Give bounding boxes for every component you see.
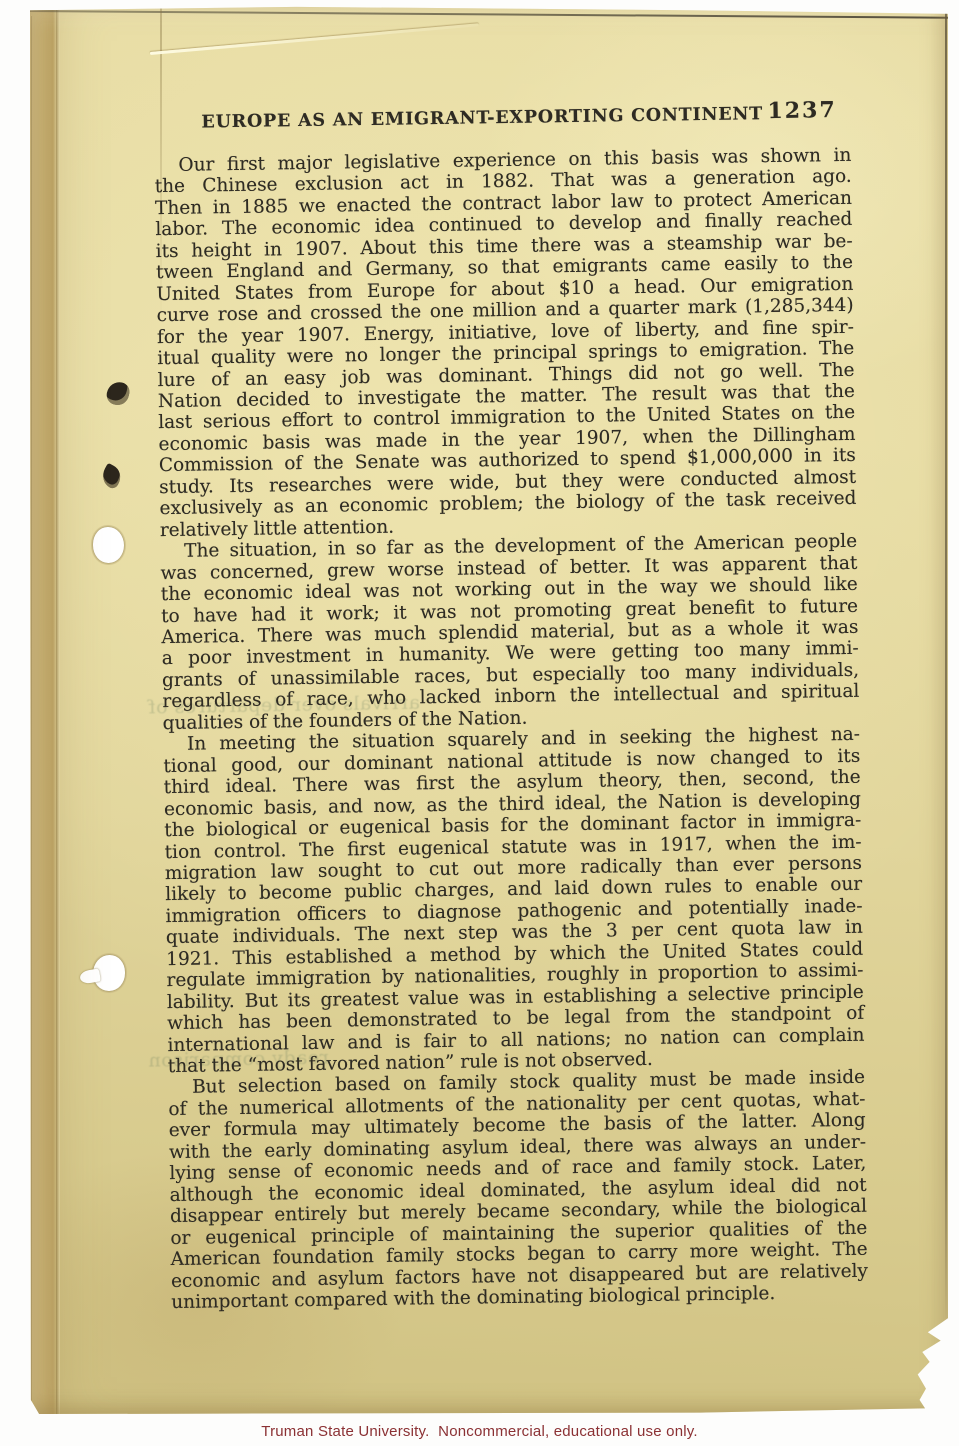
page-right-edge bbox=[945, 13, 948, 1319]
page-left-edge bbox=[31, 16, 33, 1402]
page-header: EUROPE AS AN EMIGRANT-EXPORTING CONTINEN… bbox=[154, 99, 851, 139]
punch-hole-bottom bbox=[93, 955, 125, 991]
paragraph: In meeting the situation squarely and in… bbox=[163, 724, 865, 1078]
document-page: arrivals over departures of ready compar… bbox=[30, 4, 948, 1414]
footer-caption: Truman State University. Noncommercial, … bbox=[0, 1423, 959, 1440]
ink-speck bbox=[98, 463, 125, 490]
paragraph: But selection based on family stock qual… bbox=[168, 1067, 868, 1313]
paragraph: The situation, in so far as the developm… bbox=[160, 531, 860, 734]
ink-speck bbox=[105, 380, 131, 407]
running-title: EUROPE AS AN EMIGRANT-EXPORTING CONTINEN… bbox=[176, 104, 789, 133]
text-layer: EUROPE AS AN EMIGRANT-EXPORTING CONTINEN… bbox=[154, 99, 869, 1314]
page-number: 1237 bbox=[767, 97, 837, 124]
paragraph: Our first major legislative experience o… bbox=[154, 145, 857, 541]
page-body: Our first major legislative experience o… bbox=[154, 145, 868, 1314]
punch-hole-top bbox=[93, 527, 124, 563]
left-fold-strip bbox=[30, 4, 58, 1414]
page-top-edge bbox=[30, 10, 948, 19]
top-left-tear bbox=[150, 23, 479, 55]
scan-canvas: arrivals over departures of ready compar… bbox=[0, 0, 959, 1446]
